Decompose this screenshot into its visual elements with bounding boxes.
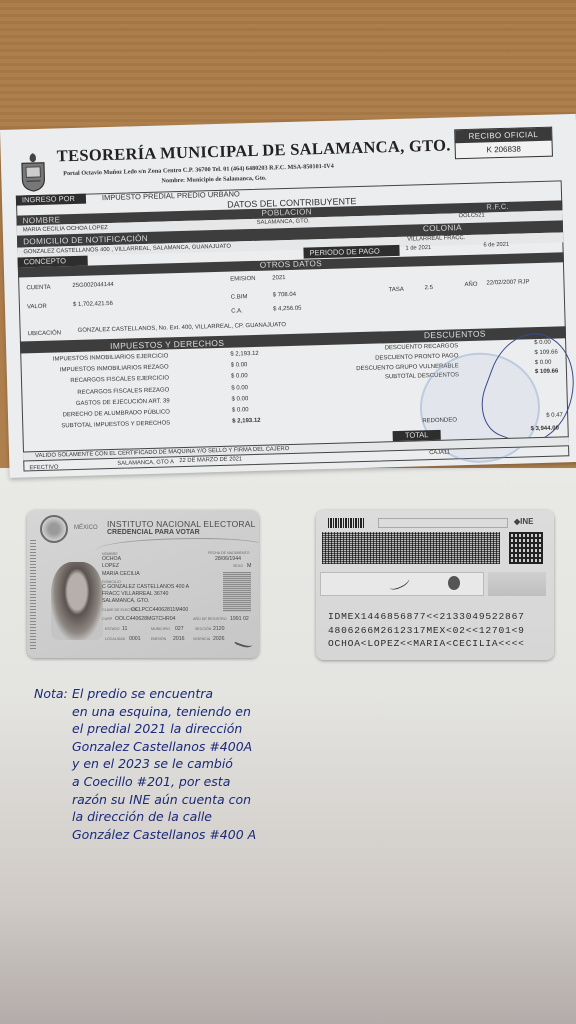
curp-label: CURP [102, 617, 112, 621]
ca-label: C.A. [231, 308, 243, 314]
impuesto-value: $ 0.00 [231, 374, 248, 380]
redondeo-value: $ 0.47 [546, 412, 563, 418]
impuesto-value: $ 0.00 [231, 385, 248, 391]
valor-value: $ 1,702,421.56 [73, 301, 113, 308]
note-line: razón su INE aún cuenta con [34, 791, 294, 809]
mrz-line-3: OCHOA<LOPEZ<<MARIA<CECILIA<<<< [328, 637, 525, 651]
mexico-map-icon [234, 635, 254, 650]
country: MÉXICO [74, 525, 98, 531]
municipio: 027 [175, 626, 184, 632]
mrz-zone: IDMEX1446856877<<2133049522867 4806266M2… [328, 610, 525, 651]
cuenta-value: 25G002044144 [72, 282, 114, 289]
domicilio-2: FRACC VILLARREAL 36740 [102, 591, 168, 597]
ubicacion-label: UBICACIÓN [28, 330, 61, 337]
ano-value: 22/02/2007 RJP [486, 279, 529, 286]
periodo-hasta: 6 de 2021 [483, 242, 509, 249]
small-barcode [328, 518, 364, 528]
rfc-value: OOLC521 [459, 213, 485, 220]
vigencia: 2026 [213, 636, 225, 642]
municipal-crest-icon [19, 151, 48, 194]
note-line: en una esquina, teniendo en [34, 703, 294, 721]
note-line: González Castellanos #400 A [34, 826, 294, 844]
note-line: y en el 2023 se le cambió [34, 755, 294, 773]
ine-card-front: MÉXICO INSTITUTO NACIONAL ELECTORAL CRED… [27, 510, 259, 658]
note-line: a Coecillo #201, por esta [34, 773, 294, 791]
seccion: 2120 [213, 626, 225, 632]
mexico-seal-icon [40, 515, 68, 543]
apellido-paterno: OCHOA [102, 556, 121, 562]
colonia-value: VILLARREAL FRACC. [407, 235, 465, 243]
impuesto-value: $ 2,193.12 [232, 418, 261, 425]
tasa-value: 2.5 [424, 285, 433, 291]
impuesto-value: $ 0.00 [232, 396, 249, 402]
emision-label: EMISIÓN [151, 637, 166, 641]
note-label: Nota: [34, 685, 72, 703]
sexo-label: SEXO [233, 564, 243, 568]
curp: OOLC440628MGTCHR04 [115, 616, 176, 622]
registro-label: AÑO DE REGISTRO [193, 617, 227, 621]
mrz-line-2: 4806266M2612317MEX<02<<12701<9 [328, 624, 525, 638]
estado-label: ESTADO [105, 627, 120, 631]
emision: 2016 [173, 636, 185, 642]
domicilio-3: SALAMANCA, GTO. [102, 598, 149, 604]
note-line: El predio se encuentra [72, 686, 213, 701]
localidad: 0001 [129, 636, 141, 642]
clave-elector: OCLPCC44062811M400 [131, 607, 188, 613]
municipio-label: MUNICIPIO [151, 627, 170, 631]
ghost-photo [223, 572, 251, 612]
vigencia-label: VIGENCIA [193, 637, 210, 641]
empty-boxes [378, 518, 508, 528]
rfc-label: R.F.C. [486, 202, 509, 212]
periodo-desde: 1 de 2021 [405, 245, 431, 252]
office-title: TESORERÍA MUNICIPAL DE SALAMANCA, GTO. [56, 135, 450, 166]
ine-card-back: ◆INE IDMEX1446856877<<2133049522867 4806… [316, 510, 554, 660]
security-strip [30, 540, 36, 650]
recibo-label: RECIBO OFICIAL [455, 128, 551, 144]
emision-value: 2021 [272, 275, 286, 281]
institute-name: INSTITUTO NACIONAL ELECTORAL [107, 519, 256, 529]
holder-photo [51, 562, 103, 640]
nombre-value: MARIA CECILIA OCHOA LOPEZ [23, 225, 108, 233]
fecha-nac-label: FECHA DE NACIMIENTO [208, 551, 249, 555]
note-line: la dirección de la calle [34, 808, 294, 826]
note-line: Gonzalez Castellanos #400A [34, 738, 294, 756]
nombres: MARIA CECILIA [102, 571, 140, 577]
seccion-label: SECCIÓN [195, 627, 211, 631]
cuenta-label: CUENTA [26, 285, 50, 292]
pdf417-barcode [322, 532, 500, 564]
qr-code [509, 532, 543, 564]
localidad-label: LOCALIDAD [105, 637, 125, 641]
tasa-label: TASA [389, 287, 404, 293]
poblacion-value: SALAMANCA, GTO. [257, 218, 310, 225]
ghost-image [488, 572, 546, 596]
descuentos-header: DESCUENTOS [424, 329, 486, 341]
fecha-nac: 28/06/1944 [215, 556, 241, 562]
note-line: el predial 2021 la dirección [34, 720, 294, 738]
cbim-value: $ 708.04 [273, 292, 297, 299]
forma-pago: EFECTIVO [29, 465, 58, 472]
emision-label: EMISION [230, 276, 256, 283]
apellido-materno: LOPEZ [102, 563, 119, 569]
valor-label: VALOR [27, 304, 47, 311]
ano-label: AÑO [464, 282, 477, 288]
tax-receipt: TESORERÍA MUNICIPAL DE SALAMANCA, GTO. P… [0, 114, 576, 478]
ine-logo: ◆INE [514, 517, 534, 526]
impuesto-value: $ 0.00 [231, 362, 248, 368]
total-label: TOTAL [393, 430, 441, 441]
total-value: $ 3,944.00 [530, 426, 559, 433]
impuesto-value: $ 0.00 [232, 407, 249, 413]
credential-title: CREDENCIAL PARA VOTAR [107, 529, 200, 536]
colonia-label: COLONIA [423, 223, 462, 233]
impuesto-value: $ 2,193.12 [230, 351, 259, 358]
decorative-wave [97, 538, 259, 558]
cbim-label: C.BIM [231, 294, 248, 300]
registro: 1991 02 [230, 616, 249, 622]
ingreso-label: INGRESO POR [16, 194, 86, 206]
ca-value: $ 4,256.05 [273, 306, 302, 313]
fingerprint-icon [448, 576, 460, 590]
handwritten-note: Nota:El predio se encuentra en una esqui… [34, 685, 294, 843]
domicilio-1: C GONZALEZ CASTELLANOS 400 A [102, 584, 189, 590]
redondeo-label: REDONDEO [422, 417, 457, 424]
poblacion-label: POBLACIÓN [261, 207, 312, 217]
recibo-number: K 206838 [456, 141, 552, 159]
office-name-line: Nombre: Municipio de Salamanca, Gto. [161, 175, 266, 185]
mrz-line-1: IDMEX1446856877<<2133049522867 [328, 610, 525, 624]
estado: 11 [122, 626, 127, 632]
otros-datos-label: OTROS DATOS [260, 259, 322, 270]
sexo: M [247, 563, 251, 569]
caja: CAJA11 [429, 450, 450, 457]
recibo-oficial-box: RECIBO OFICIAL K 206838 [454, 127, 553, 160]
